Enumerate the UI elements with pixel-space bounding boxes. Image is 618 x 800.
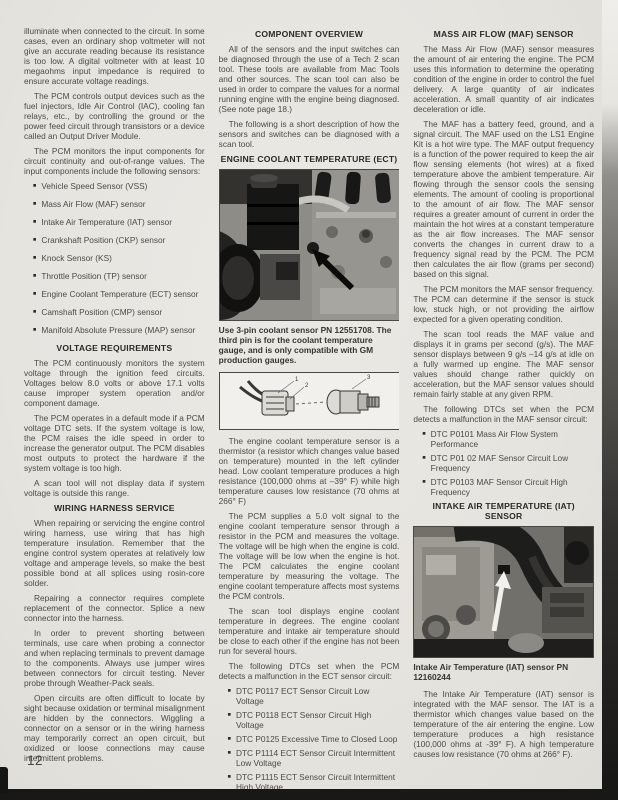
paragraph: The following is a short description of … <box>219 119 400 149</box>
list-item: ■Intake Air Temperature (IAT) sensor <box>33 217 205 227</box>
paragraph: The following DTCs set when the PCM dete… <box>413 404 594 424</box>
list-item: ■DTC P0103 MAF Sensor Circuit High Frequ… <box>422 477 594 497</box>
ect-dtc-list: ■DTC P0117 ECT Sensor Circuit Low Voltag… <box>219 686 400 792</box>
list-item: ■DTC P1114 ECT Sensor Circuit Intermitte… <box>228 748 400 768</box>
list-item: ■Knock Sensor (KS) <box>33 253 205 263</box>
paragraph: The PCM supplies a 5.0 volt signal to th… <box>219 511 400 601</box>
list-item: ■DTC P0118 ECT Sensor Circuit High Volta… <box>228 710 400 730</box>
list-item: ■Mass Air Flow (MAF) sensor <box>33 199 205 209</box>
bullet-square-icon: ■ <box>33 181 36 191</box>
paragraph: The PCM controls output devices such as … <box>24 91 205 141</box>
bullet-square-icon: ■ <box>33 253 36 263</box>
bullet-square-icon: ■ <box>33 289 36 299</box>
section-heading-maf: MASS AIR FLOW (MAF) SENSOR <box>413 29 594 39</box>
paragraph: A scan tool will not display data if sys… <box>24 478 205 498</box>
page-number: 12 <box>27 753 43 768</box>
bullet-square-icon: ■ <box>33 235 36 245</box>
paragraph: The PCM operates in a default mode if a … <box>24 413 205 473</box>
paragraph: The PCM monitors the input components fo… <box>24 146 205 176</box>
bullet-square-icon: ■ <box>33 217 36 227</box>
section-heading-voltage: VOLTAGE REQUIREMENTS <box>24 343 205 353</box>
paragraph: The Intake Air Temperature (IAT) sensor … <box>413 689 594 759</box>
bullet-square-icon: ■ <box>228 686 231 706</box>
section-heading-wiring: WIRING HARNESS SERVICE <box>24 503 205 513</box>
list-item: ■Engine Coolant Temperature (ECT) sensor <box>33 289 205 299</box>
paragraph: The MAF has a battery feed, ground, and … <box>413 119 594 279</box>
bullet-square-icon: ■ <box>33 271 36 281</box>
photo-caption: Intake Air Temperature (IAT) sensor PN 1… <box>413 662 594 682</box>
paragraph: In order to prevent shorting between ter… <box>24 628 205 688</box>
paragraph: The engine coolant temperature sensor is… <box>219 436 400 506</box>
paragraph: The scan tool reads the MAF value and di… <box>413 329 594 399</box>
list-item: ■Vehicle Speed Sensor (VSS) <box>33 181 205 191</box>
paragraph: Open circuits are often difficult to loc… <box>24 693 205 763</box>
bullet-square-icon: ■ <box>33 307 36 317</box>
paragraph: The following DTCs set when the PCM dete… <box>219 661 400 681</box>
bullet-square-icon: ■ <box>422 453 425 473</box>
paragraph: When repairing or servicing the engine c… <box>24 518 205 588</box>
iat-sensor-photo <box>413 526 594 658</box>
paragraph: All of the sensors and the input switche… <box>219 44 400 114</box>
bullet-square-icon: ■ <box>422 477 425 497</box>
bullet-square-icon: ■ <box>228 748 231 768</box>
section-heading-iat: INTAKE AIR TEMPERATURE (IAT) SENSOR <box>413 501 594 521</box>
section-heading-ect: ENGINE COOLANT TEMPERATURE (ECT) <box>219 154 400 164</box>
left-column: illuminate when connected to the circuit… <box>24 26 205 796</box>
right-column: MASS AIR FLOW (MAF) SENSOR The Mass Air … <box>413 26 594 796</box>
paragraph: The Mass Air Flow (MAF) sensor measures … <box>413 44 594 114</box>
bullet-square-icon: ■ <box>228 710 231 730</box>
list-item: ■DTC P0117 ECT Sensor Circuit Low Voltag… <box>228 686 400 706</box>
list-item: ■DTC P0125 Excessive Time to Closed Loop <box>228 734 400 744</box>
ect-sensor-photo <box>219 169 400 321</box>
scan-edge-right <box>602 0 618 800</box>
middle-column: COMPONENT OVERVIEW All of the sensors an… <box>219 26 400 796</box>
paragraph: The PCM continuously monitors the system… <box>24 358 205 408</box>
paragraph: The PCM monitors the MAF sensor frequenc… <box>413 284 594 324</box>
list-item: ■Crankshaft Position (CKP) sensor <box>33 235 205 245</box>
paragraph: The scan tool displays engine coolant te… <box>219 606 400 656</box>
maf-dtc-list: ■DTC P0101 Mass Air Flow System Performa… <box>413 429 594 497</box>
scan-edge-blob <box>0 767 8 794</box>
bullet-square-icon: ■ <box>422 429 425 449</box>
document-page: illuminate when connected to the circuit… <box>0 0 618 800</box>
bullet-square-icon: ■ <box>33 199 36 209</box>
list-item: ■Manifold Absolute Pressure (MAP) sensor <box>33 325 205 335</box>
list-item: ■DTC P01 02 MAF Sensor Circuit Low Frequ… <box>422 453 594 473</box>
sensor-list: ■Vehicle Speed Sensor (VSS) ■Mass Air Fl… <box>24 181 205 335</box>
scan-edge-bottom <box>0 789 618 800</box>
paragraph: Repairing a connector requires complete … <box>24 593 205 623</box>
bullet-square-icon: ■ <box>33 325 36 335</box>
list-item: ■DTC P0101 Mass Air Flow System Performa… <box>422 429 594 449</box>
column-layout: illuminate when connected to the circuit… <box>24 26 594 796</box>
paragraph: illuminate when connected to the circuit… <box>24 26 205 86</box>
section-heading-overview: COMPONENT OVERVIEW <box>219 29 400 39</box>
bullet-square-icon: ■ <box>228 734 231 744</box>
list-item: ■Throttle Position (TP) sensor <box>33 271 205 281</box>
list-item: ■Camshaft Position (CMP) sensor <box>33 307 205 317</box>
ect-sensor-drawing: 1 2 3 <box>219 372 400 430</box>
photo-caption: Use 3-pin coolant sensor PN 12551708. Th… <box>219 325 400 365</box>
